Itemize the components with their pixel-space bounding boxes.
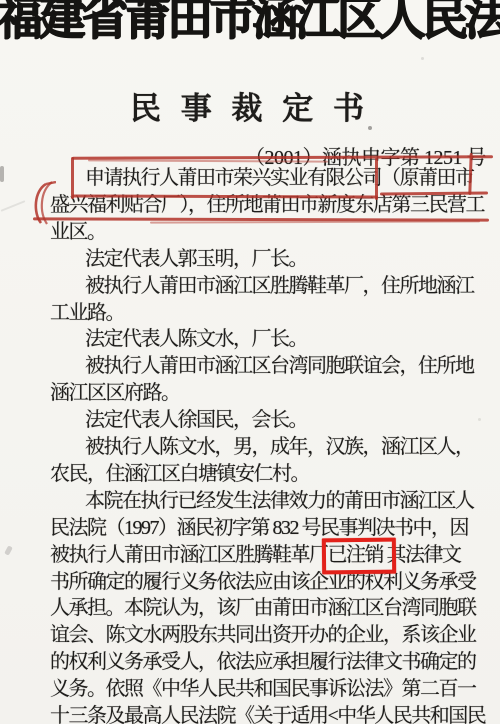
document-line: 本院在执行已经发生法律效力的莆田市涵江区人 — [50, 490, 500, 513]
document-line: 被执行人莆田市涵江区台湾同胞联谊会，住所地 — [50, 355, 500, 378]
document-line: 农民，住涵江区白塘镇安仁村。 — [50, 463, 496, 486]
document-line: 业区。 — [50, 221, 496, 244]
document-line: 被执行人莆田市涵江区胜腾鞋革厂，住所地涵江 — [50, 275, 500, 298]
document-line: 法定代表人郭玉明，厂长。 — [50, 248, 500, 271]
document-line: 法定代表人陈文水，厂长。 — [50, 328, 500, 351]
document-body: 申请执行人莆田市荣兴实业有限公司（原莆田市盛兴福利贴合厂），住所地莆田市新度东店… — [0, 0, 500, 724]
document-line: 书所确定的履行义务依法应由该企业的权利义务承受 — [50, 571, 496, 594]
document-line: 法定代表人徐国民，会长。 — [50, 409, 500, 432]
document-line: 盛兴福利贴合厂），住所地莆田市新度东店第三民营工 — [50, 194, 496, 217]
scanned-court-document: 福建省莆田市涵江区人民法院 民 事 裁 定 书 （2001）涵执申字第 1251… — [0, 0, 500, 724]
document-line: 十三条及最高人民法院《关于适用<中华人民共和国民 — [50, 705, 496, 724]
document-line: 民法院（1997）涵民初字第 832 号民事判决书中，因 — [50, 517, 496, 540]
document-line: 申请执行人莆田市荣兴实业有限公司（原莆田市 — [50, 167, 500, 190]
document-line: 的权利义务承受人，依法应承担履行法律文书确定的 — [50, 651, 496, 674]
document-line: 义务。依照《中华人民共和国民事诉讼法》第二百一 — [50, 678, 496, 701]
document-line: 涵江区区府路。 — [50, 382, 496, 405]
document-line: 人承担。本院认为，该厂由莆田市涵江区台湾同胞联 — [50, 597, 496, 620]
document-line: 被执行人莆田市涵江区胜腾鞋革厂已注销 其法律文 — [50, 544, 496, 567]
document-line: 被执行人陈文水，男，成年，汉族，涵江区人， — [50, 436, 500, 459]
document-line: 谊会、陈文水两股东共同出资开办的企业，系该企业 — [50, 624, 496, 647]
document-line: 工业路。 — [50, 302, 496, 325]
